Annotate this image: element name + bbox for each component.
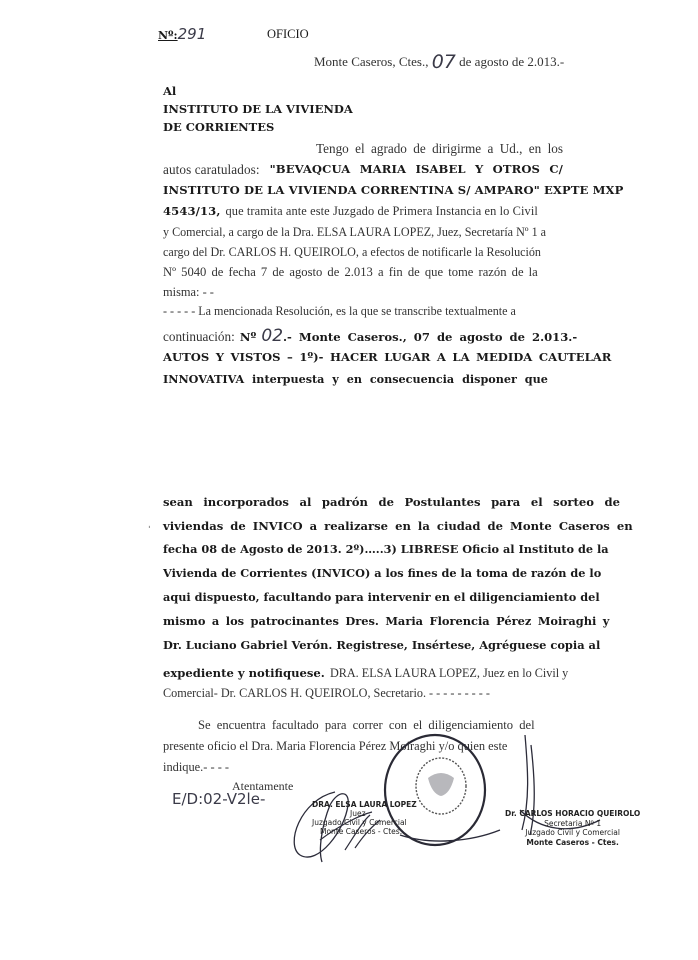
place-date: Monte Caseros, Ctes., 07 de agosto de 2.…	[314, 49, 564, 71]
p1-line6: cargo del Dr. CARLOS H. QUEIROLO, a efec…	[163, 245, 541, 260]
p4-line3: indique.- - - -	[163, 760, 229, 775]
p2-line3: AUTOS Y VISTOS – 1º)- HACER LUGAR A LA M…	[163, 350, 611, 364]
p3-line8-normal: DRA. ELSA LAURA LOPEZ, Juez en lo Civil …	[330, 666, 568, 680]
p2-line2-prefix: continuación:	[163, 329, 235, 344]
p4-line1: Se encuentra facultado para correr con e…	[198, 718, 535, 733]
p3-line4: Vivienda de Corrientes (INVICO) a los fi…	[163, 566, 601, 580]
secretary-place: Monte Caseros - Ctes.	[505, 838, 640, 848]
judge-place: Monte Caseros - Ctes.	[312, 827, 417, 836]
p3-line8-bold: expediente y notifiquese.	[163, 666, 325, 680]
number-label: Nº:	[158, 29, 178, 42]
p2-line1: - - - - - La mencionada Resolución, es l…	[163, 304, 516, 319]
addressee-line3: DE CORRIENTES	[163, 120, 274, 134]
judge-title: Juez	[312, 809, 417, 818]
p1-line3: INSTITUTO DE LA VIVIENDA CORRENTINA S/ A…	[163, 183, 563, 197]
p2-line4: INNOVATIVA interpuesta y en consecuencia…	[163, 372, 548, 386]
p1-line2-text: autos caratulados:	[163, 162, 260, 178]
secretary-title: Secretaria Nº 1	[505, 819, 640, 829]
p2-line2: continuación: Nº 02.- Monte Caseros., 07…	[163, 326, 577, 346]
scan-speck: ˌ	[148, 520, 150, 530]
number-value: 291	[178, 25, 207, 43]
judge-stamp: DRA. ELSA LAURA LOPEZ Juez Juzgado Civil…	[312, 800, 417, 836]
resolution-date: .- Monte Caseros., 07 de agosto de 2.013…	[283, 330, 577, 344]
p3-line5: aqui dispuesto, facultando para interven…	[163, 590, 600, 604]
p3-line7: Dr. Luciano Gabriel Verón. Registrese, I…	[163, 638, 600, 652]
p3-line1: sean incorporados al padrón de Postulant…	[163, 495, 620, 509]
handwritten-note: E/D:02-V2le-	[172, 790, 265, 808]
document-number: Nº:291	[158, 25, 206, 43]
judge-court: Juzgado Civil y Comercial	[312, 818, 417, 827]
p1-line7: Nº 5040 de fecha 7 de agosto de 2.013 a …	[163, 265, 538, 280]
addressee-line2: INSTITUTO DE LA VIVIENDA	[163, 102, 353, 116]
addressee-line1: Al	[163, 84, 176, 98]
case-title-a: "BEVAQCUA MARIA ISABEL Y OTROS C/	[270, 162, 563, 178]
p4-line2: presente oficio el Dra. Maria Florencia …	[163, 739, 507, 754]
resolution-no-label: Nº	[240, 330, 256, 344]
p3-line8: expediente y notifiquese. DRA. ELSA LAUR…	[163, 662, 568, 681]
place: Monte Caseros, Ctes.,	[314, 54, 428, 69]
case-title-b: INSTITUTO DE LA VIVIENDA CORRENTINA S/ A…	[163, 183, 623, 197]
p1-line4-text: que tramita ante este Juzgado de Primera…	[225, 204, 563, 219]
p1-line1: Tengo el agrado de dirigirme a Ud., en l…	[316, 141, 563, 157]
p1-line8: misma: - -	[163, 285, 214, 300]
resolution-no-handwritten: 02	[261, 326, 283, 346]
secretary-name: Dr. CARLOS HORACIO QUEIROLO	[505, 809, 640, 819]
judge-name: DRA. ELSA LAURA LOPEZ	[312, 800, 417, 809]
p1-line2: autos caratulados: "BEVAQCUA MARIA ISABE…	[163, 162, 563, 178]
p1-line4: 4543/13, que tramita ante este Juzgado d…	[163, 204, 563, 219]
p3-line3: fecha 08 de Agosto de 2013. 2º)…..3) LIB…	[163, 542, 609, 556]
case-number: 4543/13,	[163, 204, 220, 219]
doc-type: OFICIO	[267, 27, 309, 42]
p3-line9: Comercial- Dr. CARLOS H. QUEIROLO, Secre…	[163, 686, 490, 701]
secretary-court: Juzgado Civil y Comercial	[505, 828, 640, 838]
date-suffix: de agosto de 2.013.-	[459, 54, 564, 69]
p3-line6: mismo a los patrocinantes Dres. Maria Fl…	[163, 614, 609, 628]
handwritten-day: 07	[432, 51, 456, 73]
p3-line2: viviendas de INVICO a realizarse en la c…	[163, 519, 633, 533]
p1-line5: y Comercial, a cargo de la Dra. ELSA LAU…	[163, 225, 546, 240]
secretary-stamp: Dr. CARLOS HORACIO QUEIROLO Secretaria N…	[505, 809, 640, 847]
